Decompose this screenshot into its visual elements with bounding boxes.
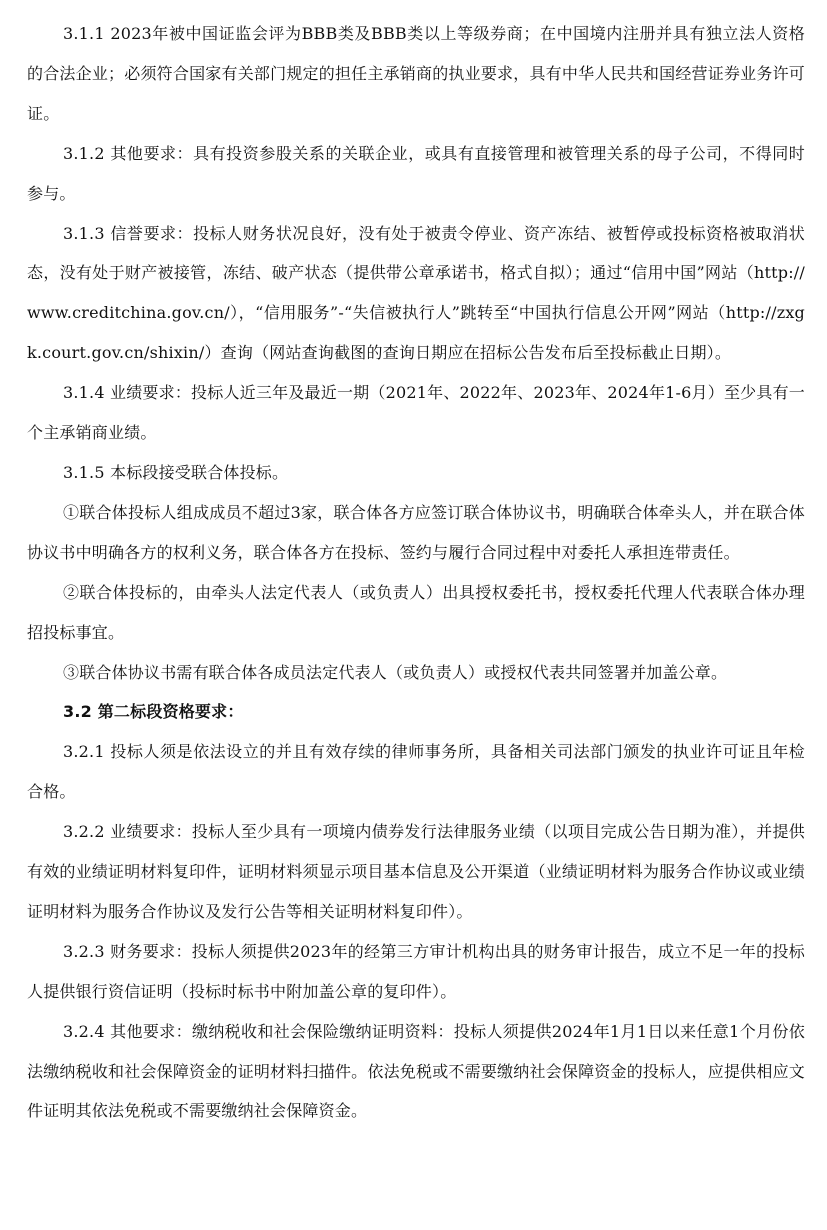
paragraph-3-1-2: 3.1.2 其他要求：具有投资参股关系的关联企业，或具有直接管理和被管理关系的母… — [27, 134, 805, 214]
paragraph-3-2-2: 3.2.2 业绩要求：投标人至少具有一项境内债券发行法律服务业绩（以项目完成公告… — [27, 812, 805, 932]
paragraph-3-2-1: 3.2.1 投标人须是依法设立的并且有效存续的律师事务所，具备相关司法部门颁发的… — [27, 732, 805, 812]
paragraph-3-2-4: 3.2.4 其他要求：缴纳税收和社会保险缴纳证明资料：投标人须提供2024年1月… — [27, 1012, 805, 1132]
document-body: 3.1.1 2023年被中国证监会评为BBB类及BBB类以上等级券商；在中国境内… — [27, 14, 805, 1131]
paragraph-3-1-1: 3.1.1 2023年被中国证监会评为BBB类及BBB类以上等级券商；在中国境内… — [27, 14, 805, 134]
paragraph-3-1-5-item-3: ③联合体协议书需有联合体各成员法定代表人（或负责人）或授权代表共同签署并加盖公章… — [27, 653, 805, 693]
paragraph-3-1-4: 3.1.4 业绩要求：投标人近三年及最近一期（2021年、2022年、2023年… — [27, 373, 805, 453]
paragraph-3-1-5-item-1: ①联合体投标人组成成员不超过3家，联合体各方应签订联合体协议书，明确联合体牵头人… — [27, 493, 805, 573]
paragraph-3-2-3: 3.2.3 财务要求：投标人须提供2023年的经第三方审计机构出具的财务审计报告… — [27, 932, 805, 1012]
paragraph-3-1-5-item-2: ②联合体投标的，由牵头人法定代表人（或负责人）出具授权委托书，授权委托代理人代表… — [27, 573, 805, 653]
section-heading-3-2: 3.2 第二标段资格要求： — [27, 692, 805, 732]
paragraph-3-1-3: 3.1.3 信誉要求：投标人财务状况良好，没有处于被责令停业、资产冻结、被暂停或… — [27, 214, 805, 374]
paragraph-3-1-5: 3.1.5 本标段接受联合体投标。 — [27, 453, 805, 493]
